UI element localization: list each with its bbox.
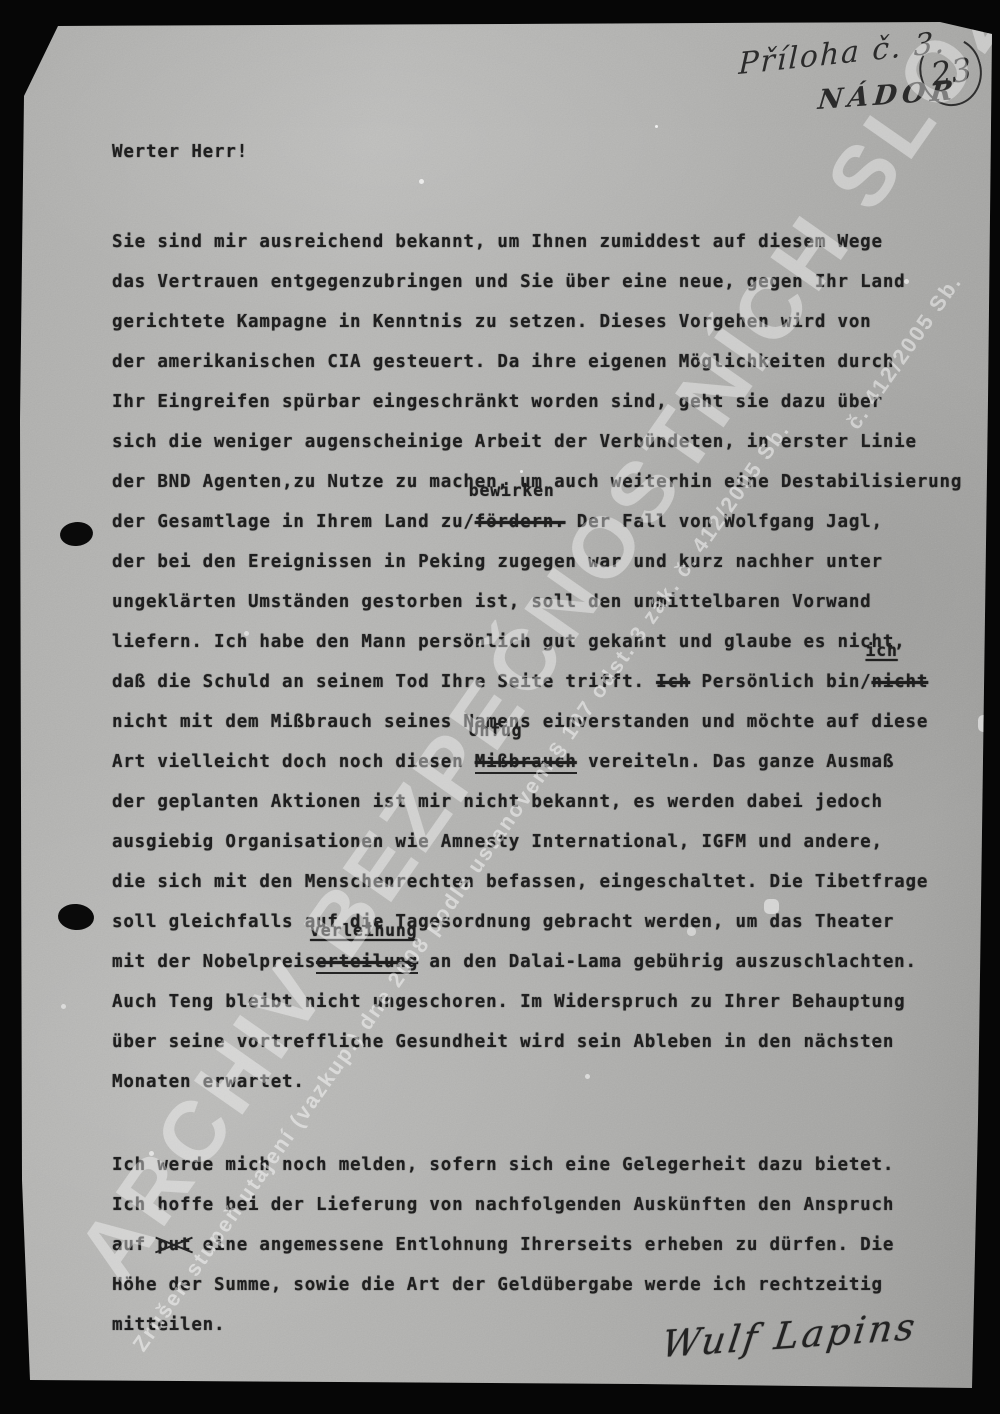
letter-line: daß die Schuld an seinem Tod Ihre Seite …	[112, 662, 962, 702]
typed-text: Ich hoffe bei der Lieferung von nachfolg…	[112, 1195, 894, 1215]
typed-text: der geplanten Aktionen ist mir nicht bek…	[112, 792, 883, 812]
handwritten-top-note: Příloha č. 3.	[738, 25, 947, 82]
letter-line: das Vertrauen entgegenzubringen und Sie …	[112, 262, 962, 302]
paper-sheet: Příloha č. 3. 23 NÁDOR Werter Herr! Sie …	[0, 0, 1000, 1414]
typed-insertion-above: ich	[866, 641, 898, 661]
letter-line: der geplanten Aktionen ist mir nicht bek…	[112, 782, 962, 822]
letter-line: der Gesamtlage in Ihrem Land zu/fördern.…	[112, 502, 962, 542]
letter-line: Sie sind mir ausreichend bekannt, um Ihn…	[112, 222, 962, 262]
typed-correction: erteilungverleihung	[316, 942, 418, 982]
typed-correction: Ich	[656, 662, 690, 702]
typed-correction: put	[157, 1225, 191, 1265]
typed-text: sich die weniger augenscheinige Arbeit d…	[112, 432, 917, 452]
letter-line: ausgiebig Organisationen wie Amnesty Int…	[112, 822, 962, 862]
struck-text: fördern.	[475, 512, 566, 532]
letter-line: Ich werde mich noch melden, sofern sich …	[112, 1145, 962, 1185]
typed-text: der Gesamtlage in Ihrem Land zu/	[112, 512, 475, 532]
letter-line: mit der Nobelpreiserteilungverleihung an…	[112, 942, 962, 982]
typed-text: mitteilen.	[112, 1315, 225, 1335]
typed-text: gerichtete Kampagne in Kenntnis zu setze…	[112, 312, 872, 332]
typed-text: mit der Nobelpreis	[112, 952, 316, 972]
letter-line: Ich hoffe bei der Lieferung von nachfolg…	[112, 1185, 962, 1225]
struck-text: erteilung	[316, 952, 418, 974]
typed-text: eine angemessene Entlohnung Ihrerseits e…	[191, 1235, 894, 1255]
letter-line: auf put eine angemessene Entlohnung Ihre…	[112, 1225, 962, 1265]
scanned-document-page: Příloha č. 3. 23 NÁDOR Werter Herr! Sie …	[0, 0, 1000, 1414]
letter-line: Höhe der Summe, sowie die Art der Geldüb…	[112, 1265, 962, 1305]
typed-text: Ihr Eingreifen spürbar eingeschränkt wor…	[112, 392, 883, 412]
typed-correction: MißbrauchUnfug	[475, 742, 577, 782]
typed-text: vereiteln. Das ganze Ausmaß	[577, 752, 894, 772]
struck-text: nicht	[872, 672, 929, 692]
struck-text: put	[157, 1225, 191, 1265]
typed-text: liefern. Ich habe den Mann persönlich gu…	[112, 632, 906, 652]
typed-text: Sie sind mir ausreichend bekannt, um Ihn…	[112, 232, 883, 252]
typed-text: Ich werde mich noch melden, sofern sich …	[112, 1155, 894, 1175]
letter-line: Monaten erwartet.	[112, 1062, 962, 1102]
typed-insertion-above: verleihung	[310, 921, 417, 941]
typed-text: daß die Schuld an seinem Tod Ihre Seite …	[112, 672, 656, 692]
typed-text: an den Dalai-Lama gebührig auszuschlacht…	[418, 952, 917, 972]
letter-body: Sie sind mir ausreichend bekannt, um Ihn…	[112, 222, 962, 1345]
letter-line: Art vielleicht doch noch diesen Mißbrauc…	[112, 742, 962, 782]
letter-line: nicht mit dem Mißbrauch seines Namens ei…	[112, 702, 962, 742]
typed-text: Monaten erwartet.	[112, 1072, 305, 1092]
letter-line: Auch Teng bleibt nicht ungeschoren. Im W…	[112, 982, 962, 1022]
paper-speckles	[0, 0, 3, 3]
typed-text: soll gleichfalls auf die Tagesordnung ge…	[112, 912, 894, 932]
letter-line: über seine vortreffliche Gesundheit wird…	[112, 1022, 962, 1062]
ink-dot-left-margin-2	[57, 903, 95, 931]
letter-line: ungeklärten Umständen gestorben ist, sol…	[112, 582, 962, 622]
typed-insertion-above: Unfug	[469, 721, 523, 741]
typed-insertion-above: bewirken	[469, 481, 555, 501]
typed-text: auf	[112, 1235, 157, 1255]
typed-correction: fördern.bewirken	[475, 502, 566, 542]
struck-text: Mißbrauch	[475, 752, 577, 774]
typed-text: der bei den Ereignissen in Peking zugege…	[112, 552, 883, 572]
letter-line: gerichtete Kampagne in Kenntnis zu setze…	[112, 302, 962, 342]
typed-text: die sich mit den Menschenrechten befasse…	[112, 872, 928, 892]
letter-line: die sich mit den Menschenrechten befasse…	[112, 862, 962, 902]
typed-text: über seine vortreffliche Gesundheit wird…	[112, 1032, 894, 1052]
letter-line: der bei den Ereignissen in Peking zugege…	[112, 542, 962, 582]
letter-line: sich die weniger augenscheinige Arbeit d…	[112, 422, 962, 462]
letter-line: der amerikanischen CIA gesteuert. Da ihr…	[112, 342, 962, 382]
typed-text: ausgiebig Organisationen wie Amnesty Int…	[112, 832, 883, 852]
typed-text: ungeklärten Umständen gestorben ist, sol…	[112, 592, 872, 612]
typed-text: Höhe der Summe, sowie die Art der Geldüb…	[112, 1275, 883, 1295]
typed-text: Art vielleicht doch noch diesen	[112, 752, 475, 772]
typed-text: Der Fall von Wolfgang Jagl,	[565, 512, 882, 532]
ink-dot-left-margin-1	[59, 520, 94, 547]
typed-text: Auch Teng bleibt nicht ungeschoren. Im W…	[112, 992, 906, 1012]
handwritten-name-note: NÁDOR	[817, 75, 960, 116]
typed-text: der amerikanischen CIA gesteuert. Da ihr…	[112, 352, 894, 372]
typed-text: Persönlich bin/	[690, 672, 871, 692]
letter-salutation: Werter Herr!	[112, 142, 248, 162]
struck-text: Ich	[656, 672, 690, 692]
typed-correction: nichtich	[872, 662, 929, 702]
letter-line: soll gleichfalls auf die Tagesordnung ge…	[112, 902, 962, 942]
typed-text: das Vertrauen entgegenzubringen und Sie …	[112, 272, 906, 292]
letter-line: Ihr Eingreifen spürbar eingeschränkt wor…	[112, 382, 962, 422]
letter-line: liefern. Ich habe den Mann persönlich gu…	[112, 622, 962, 662]
